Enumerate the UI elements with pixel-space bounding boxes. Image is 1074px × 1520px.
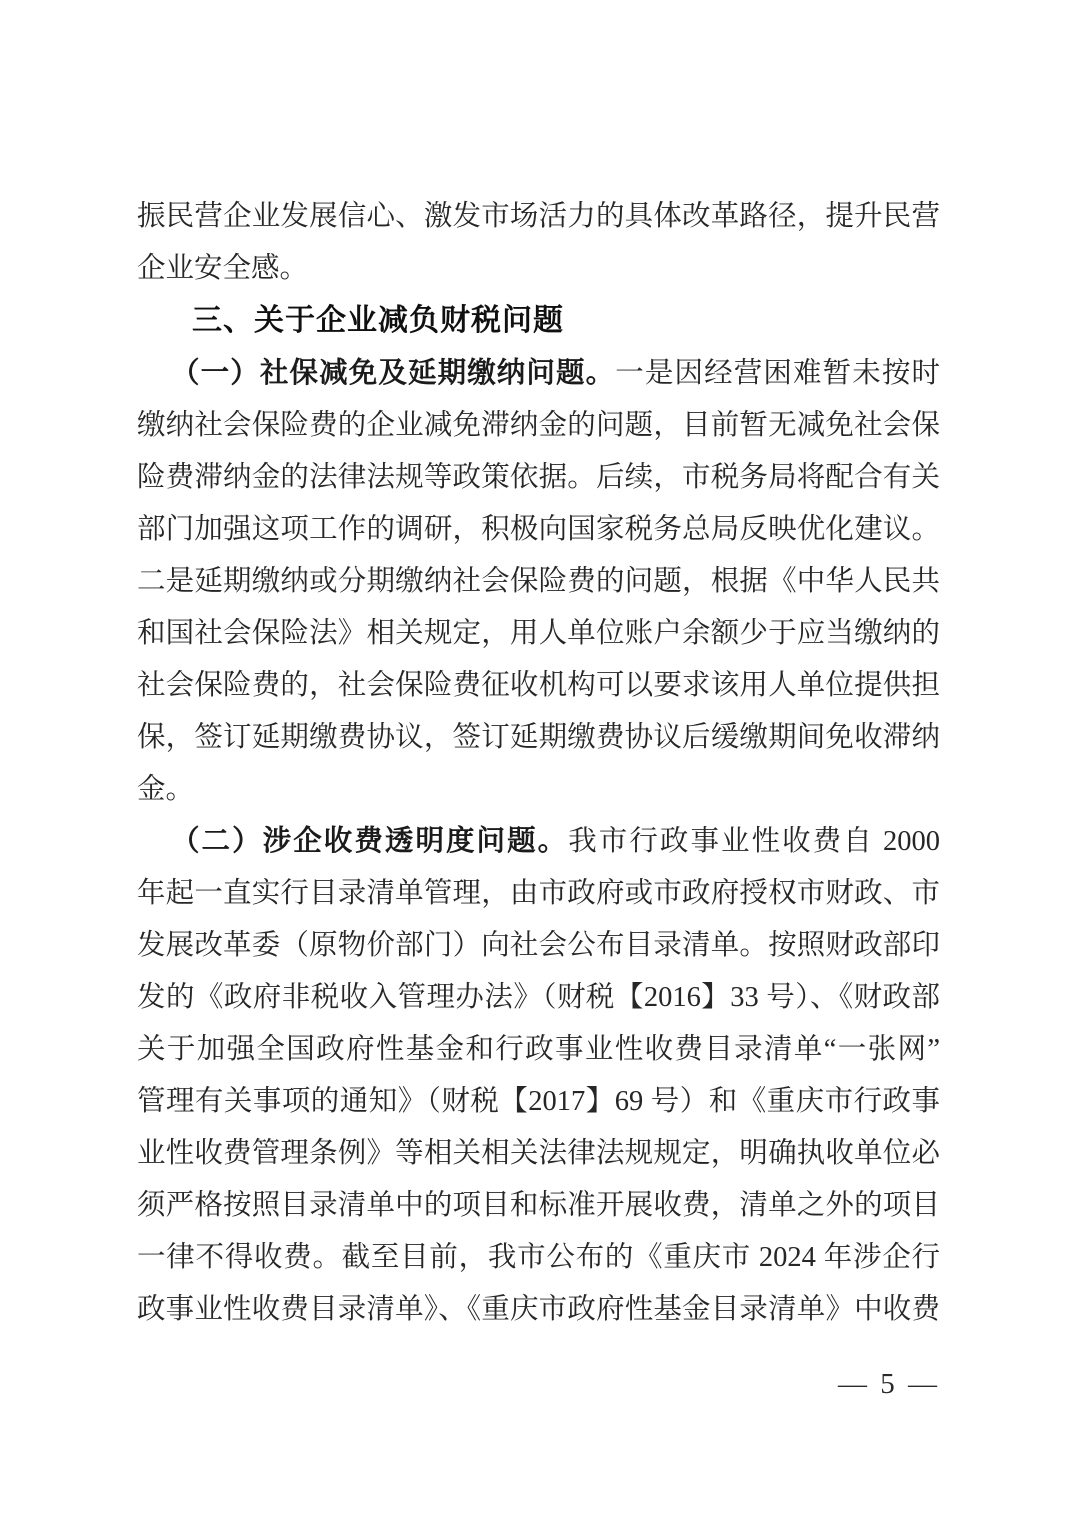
text-line: 业性收费管理条例》等相关相关法律法规规定，明确执收单位必: [137, 1128, 940, 1180]
subsection-heading: （二）涉企收费透明度问题。: [171, 826, 568, 857]
text-line: 二是延期缴纳或分期缴纳社会保险费的问题，根据《中华人民共: [137, 556, 940, 608]
body-text: 发的《政府非税收入管理办法》（财税【2016】33 号）、《财政部: [137, 982, 940, 1013]
text-line: 和国社会保险法》相关规定，用人单位账户余额少于应当缴纳的: [137, 608, 940, 660]
text-line: 保，签订延期缴费协议，签订延期缴费协议后缓缴期间免收滞纳: [137, 712, 940, 764]
section-heading: 三、关于企业减负财税问题: [192, 304, 564, 337]
text-line: 缴纳社会保险费的企业减免滞纳金的问题，目前暂无减免社会保: [137, 400, 940, 452]
body-text: 部门加强这项工作的调研，积极向国家税务总局反映优化建议。: [137, 514, 940, 545]
text-line: 年起一直实行目录清单管理，由市政府或市政府授权市财政、市: [137, 868, 940, 920]
text-line: 企业安全感。: [137, 243, 940, 295]
text-line: （二）涉企收费透明度问题。我市行政事业性收费自 2000: [137, 816, 940, 868]
body-text: 须严格按照目录清单中的项目和标准开展收费，清单之外的项目: [137, 1190, 940, 1221]
text-line: 发展改革委（原物价部门）向社会公布目录清单。按照财政部印: [137, 920, 940, 972]
text-line: 三、关于企业减负财税问题: [137, 295, 940, 348]
text-line: 一律不得收费。截至目前，我市公布的《重庆市 2024 年涉企行: [137, 1232, 940, 1284]
page-number: — 5 —: [838, 1358, 940, 1410]
body-text: 一是因经营困难暂未按时: [615, 358, 940, 389]
body-text: 业性收费管理条例》等相关相关法律法规规定，明确执收单位必: [137, 1138, 940, 1169]
body-text: 缴纳社会保险费的企业减免滞纳金的问题，目前暂无减免社会保: [137, 410, 940, 441]
text-line: 社会保险费的，社会保险费征收机构可以要求该用人单位提供担: [137, 660, 940, 712]
body-text: 和国社会保险法》相关规定，用人单位账户余额少于应当缴纳的: [137, 618, 940, 649]
text-line: 部门加强这项工作的调研，积极向国家税务总局反映优化建议。: [137, 504, 940, 556]
text-line: （一）社保减免及延期缴纳问题。一是因经营困难暂未按时: [137, 348, 940, 400]
text-line: 险费滞纳金的法律法规等政策依据。后续，市税务局将配合有关: [137, 452, 940, 504]
body-text: 金。: [137, 774, 194, 805]
body-text: 我市行政事业性收费自 2000: [568, 826, 940, 857]
body-text: 发展改革委（原物价部门）向社会公布目录清单。按照财政部印: [137, 930, 940, 961]
body-text: 管理有关事项的通知》（财税【2017】69 号）和《重庆市行政事: [137, 1086, 940, 1117]
document-page: 振民营企业发展信心、激发市场活力的具体改革路径，提升民营企业安全感。三、关于企业…: [0, 0, 1074, 1520]
text-line: 振民营企业发展信心、激发市场活力的具体改革路径，提升民营: [137, 191, 940, 243]
text-line: 管理有关事项的通知》（财税【2017】69 号）和《重庆市行政事: [137, 1076, 940, 1128]
text-line: 发的《政府非税收入管理办法》（财税【2016】33 号）、《财政部: [137, 972, 940, 1024]
body-text: 保，签订延期缴费协议，签订延期缴费协议后缓缴期间免收滞纳: [137, 722, 940, 753]
body-text: 险费滞纳金的法律法规等政策依据。后续，市税务局将配合有关: [137, 462, 940, 493]
body-text: 年起一直实行目录清单管理，由市政府或市政府授权市财政、市: [137, 878, 940, 909]
text-line: 关于加强全国政府性基金和行政事业性收费目录清单“一张网”: [137, 1024, 940, 1076]
text-line: 须严格按照目录清单中的项目和标准开展收费，清单之外的项目: [137, 1180, 940, 1232]
body-text: 政事业性收费目录清单》、《重庆市政府性基金目录清单》中收费: [137, 1294, 940, 1325]
body-text: 企业安全感。: [137, 253, 308, 284]
body-text: 关于加强全国政府性基金和行政事业性收费目录清单“一张网”: [137, 1034, 940, 1065]
subsection-heading: （一）社保减免及延期缴纳问题。: [171, 358, 615, 389]
body-text: 二是延期缴纳或分期缴纳社会保险费的问题，根据《中华人民共: [137, 566, 940, 597]
document-body: 振民营企业发展信心、激发市场活力的具体改革路径，提升民营企业安全感。三、关于企业…: [137, 191, 940, 1336]
body-text: 振民营企业发展信心、激发市场活力的具体改革路径，提升民营: [137, 201, 940, 232]
text-line: 政事业性收费目录清单》、《重庆市政府性基金目录清单》中收费: [137, 1284, 940, 1336]
text-line: 金。: [137, 764, 940, 816]
body-text: 一律不得收费。截至目前，我市公布的《重庆市 2024 年涉企行: [137, 1242, 940, 1273]
body-text: 社会保险费的，社会保险费征收机构可以要求该用人单位提供担: [137, 670, 940, 701]
